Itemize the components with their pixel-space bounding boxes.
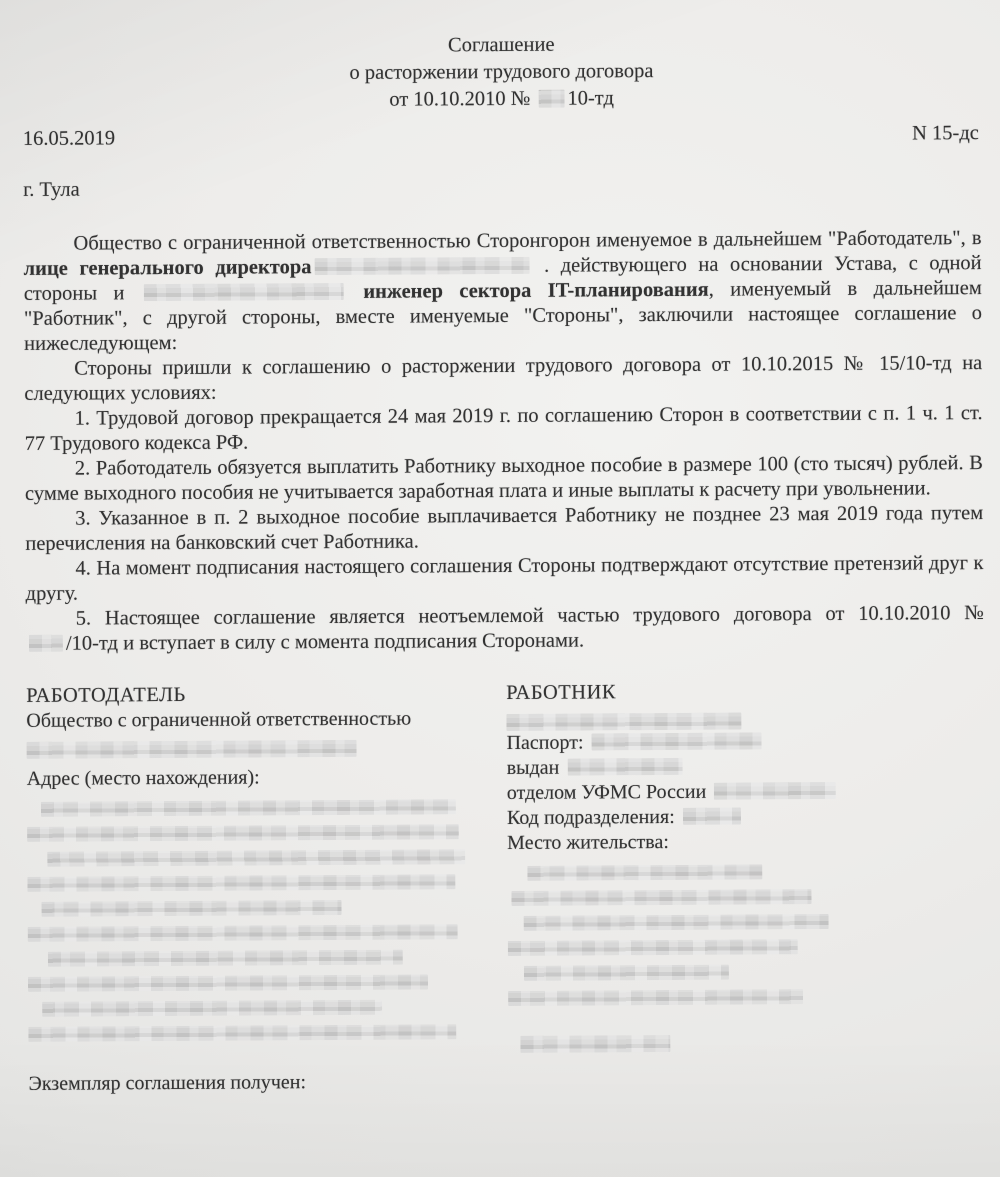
title-line-3: от 10.10.2010 № 10-тд: [23, 83, 981, 116]
redaction-blur: [508, 939, 798, 956]
redaction-blur: [508, 989, 803, 1006]
redaction-blur: [27, 824, 459, 842]
paragraph: 3. Указанное в п. 2 выходное пособие вып…: [25, 501, 983, 557]
employee-block: РАБОТНИК Паспорт: выдан отделом УФМС Рос…: [506, 677, 969, 1094]
redaction-blur: [48, 950, 403, 967]
redaction-blur: [527, 864, 762, 880]
redaction-blur: [29, 635, 63, 652]
field-label: отделом УФМС России: [507, 781, 712, 804]
employer-header: РАБОТОДАТЕЛЬ: [26, 680, 481, 709]
field-label: Код подразделения:: [507, 806, 680, 829]
title-contract-date: от 10.10.2010 №: [389, 88, 535, 111]
redaction-blur: [28, 974, 428, 991]
document-content: Соглашение о расторжении трудового догов…: [0, 0, 1000, 1097]
field-row: Код подразделения:: [507, 803, 967, 831]
scanned-document-page: Соглашение о расторжении трудового догов…: [0, 0, 1000, 1177]
redaction-blur: [567, 758, 682, 776]
paragraph: Стороны пришли к соглашению о расторжени…: [24, 351, 982, 407]
field-row: Паспорт:: [506, 728, 966, 756]
redaction-blur: [591, 732, 761, 750]
employee-residence-label: Место жительства:: [507, 828, 967, 856]
employee-header: РАБОТНИК: [506, 677, 966, 706]
title-contract-number: 10-тд: [567, 87, 614, 109]
signature-columns: РАБОТОДАТЕЛЬ Общество с ограниченной отв…: [26, 677, 987, 1097]
redaction-blur: [538, 90, 564, 108]
redaction-blur: [27, 874, 455, 892]
document-date: 16.05.2019: [23, 127, 115, 151]
employee-fields: Паспорт: выдан отделом УФМС России Код п…: [506, 728, 967, 831]
redaction-blur: [524, 914, 829, 931]
field-row: отделом УФМС России: [507, 778, 967, 806]
field-label: Паспорт:: [506, 731, 588, 754]
redaction-blur: [47, 849, 465, 867]
document-number: N 15-дс: [912, 122, 979, 145]
field-label: выдан: [507, 757, 565, 779]
employer-company-type: Общество с ограниченной ответственностью: [26, 706, 481, 734]
employer-block: РАБОТОДАТЕЛЬ Общество с ограниченной отв…: [26, 680, 484, 1097]
redaction-group: [27, 799, 483, 1042]
body-paragraphs: Общество с ограниченной ответственностью…: [23, 226, 984, 657]
redaction-blur: [520, 1035, 670, 1053]
redaction-blur: [41, 799, 456, 817]
copy-received-label: Экземпляр соглашения получен:: [29, 1069, 484, 1097]
document-city: г. Тула: [23, 173, 981, 202]
redaction-blur: [42, 900, 342, 917]
document-title: Соглашение о расторжении трудового догов…: [22, 29, 980, 116]
redaction-group: [507, 863, 968, 1006]
employer-address-label: Адрес (место нахождения):: [27, 764, 482, 792]
redaction-blur: [506, 713, 741, 731]
paragraph: 4. На момент подписания настоящего согла…: [25, 551, 983, 607]
paragraph: 2. Работодатель обязуется выплатить Рабо…: [25, 451, 983, 507]
redaction-blur: [511, 889, 811, 906]
redaction-blur: [28, 1024, 456, 1042]
redaction-blur: [144, 283, 344, 301]
meta-row: 16.05.2019 N 15-дс: [23, 122, 981, 151]
field-row: выдан: [507, 753, 967, 781]
paragraph: Общество с ограниченной ответственностью…: [23, 226, 982, 357]
bold-text: лице генерального директора: [24, 256, 312, 280]
redaction-blur: [314, 257, 529, 275]
paragraph: /10-тд и вступает в силу с момента подпи…: [26, 626, 984, 657]
paragraph: 1. Трудовой договор прекращается 24 мая …: [24, 401, 982, 457]
redaction-group: [508, 1033, 968, 1053]
redaction-blur: [42, 1000, 382, 1017]
redaction-group: [27, 739, 482, 759]
redaction-blur: [683, 808, 741, 825]
redaction-blur: [714, 782, 836, 800]
redaction-blur: [28, 924, 458, 942]
bold-text: инженер сектора IT-планирования: [347, 279, 709, 303]
redaction-blur: [27, 740, 357, 759]
redaction-blur: [524, 965, 729, 981]
